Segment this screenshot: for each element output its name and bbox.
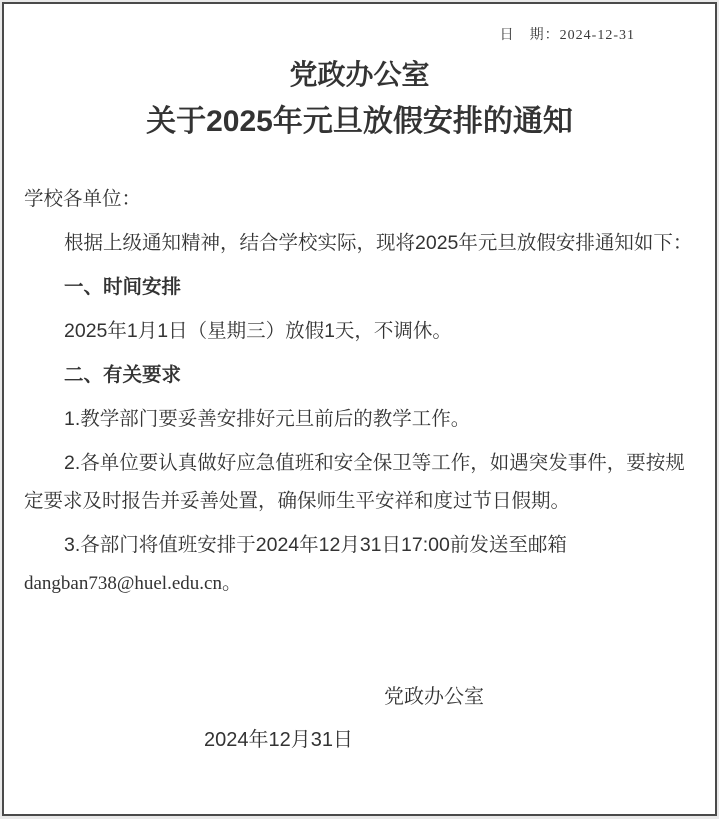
document-subtitle: 关于2025年元旦放假安排的通知 — [4, 104, 715, 140]
signature-block: 党政办公室 2024年12月31日 — [4, 678, 715, 759]
requirement-item-3-text: 3.各部门将值班安排于2024年12月31日17:00前发送至邮箱 — [64, 534, 567, 556]
salutation: 学校各单位： — [24, 180, 697, 218]
document-body: 学校各单位： 根据上级通知精神，结合学校实际，现将2025年元旦放假安排通知如下… — [4, 180, 715, 603]
document-title: 党政办公室 — [4, 58, 715, 92]
intro-paragraph: 根据上级通知精神，结合学校实际，现将2025年元旦放假安排通知如下： — [24, 224, 697, 262]
requirement-item-2: 2.各单位要认真做好应急值班和安全保卫等工作，如遇突发事件，要按规定要求及时报告… — [24, 444, 697, 520]
signature-date: 2024年12月31日 — [24, 721, 697, 759]
contact-email: dangban738@huel.edu.cn — [24, 573, 222, 594]
section2-heading: 二、有关要求 — [24, 356, 697, 394]
requirement-item-3-period: 。 — [222, 572, 242, 594]
section1-heading: 一、时间安排 — [24, 268, 697, 306]
section1-text: 2025年1月1日（星期三）放假1天，不调休。 — [24, 312, 697, 350]
requirement-item-1: 1.教学部门要妥善安排好元旦前后的教学工作。 — [24, 400, 697, 438]
document-date-stamp: 日 期：2024-12-31 — [4, 24, 715, 44]
notice-document: 日 期：2024-12-31 党政办公室 关于2025年元旦放假安排的通知 学校… — [2, 2, 717, 816]
page-background: { "header": { "date_line": "日 期：2024-12-… — [0, 0, 719, 819]
requirement-item-3: 3.各部门将值班安排于2024年12月31日17:00前发送至邮箱dangban… — [24, 526, 697, 603]
signature-office: 党政办公室 — [24, 678, 697, 716]
